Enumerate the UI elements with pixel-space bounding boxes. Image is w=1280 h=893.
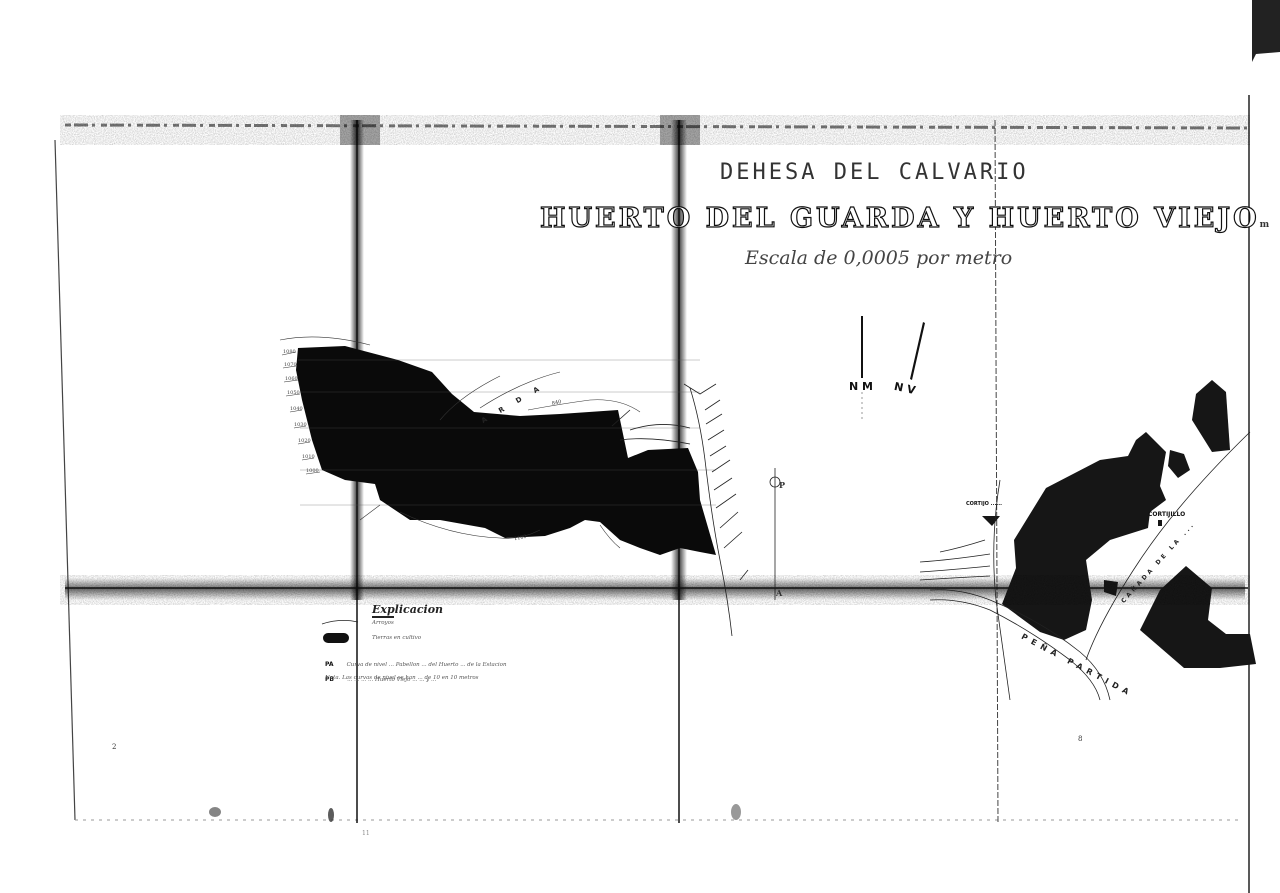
estate-title: DEHESA DEL CALVARIO	[720, 160, 1010, 185]
scale-text: Escala de 0,0005 por metro	[745, 247, 1012, 269]
page-edge-corner	[1249, 0, 1280, 893]
margin-specks	[209, 804, 741, 822]
margin-number-bottom: 11	[362, 830, 370, 837]
place-label-cortijo: CORTIJO ......	[966, 501, 1002, 507]
legend-title: Explicacion	[372, 603, 443, 616]
map-main-title: HUERTO DEL GUARDA Y HUERTO VIEJOm	[540, 203, 1180, 234]
margin-number-right: 8	[1078, 735, 1082, 743]
main-title-suffix: m	[1260, 220, 1270, 230]
compass-needles	[861, 316, 925, 420]
svg-text:1010: 1010	[302, 454, 315, 460]
main-title-text: HUERTO DEL GUARDA Y HUERTO VIEJO	[540, 203, 1260, 234]
legend-item-cultivated: Tierras en cultivo	[372, 635, 421, 641]
svg-text:1070: 1070	[284, 362, 297, 368]
cultivated-parcels-right	[982, 380, 1256, 668]
svg-text:1030: 1030	[294, 422, 307, 428]
svg-text:1050: 1050	[287, 390, 300, 396]
magnetic-north-label: N M	[849, 380, 873, 393]
svg-text:1060: 1060	[285, 376, 298, 382]
svg-text:1040: 1040	[290, 406, 303, 412]
svg-text:1000: 1000	[306, 468, 319, 474]
historic-survey-map: 108010701060 105010401030 102010101000	[0, 0, 1280, 893]
survey-point-p: P	[779, 480, 785, 490]
svg-text:1080: 1080	[283, 349, 296, 355]
legend-note: Nota. Las curvas de nivel se han ... de …	[325, 675, 478, 681]
survey-point-a: A	[776, 588, 782, 598]
svg-text:1020: 1020	[298, 438, 311, 444]
margin-number-left: 2	[112, 743, 116, 751]
place-label-cortijillo: CORTIJILLO	[1148, 511, 1185, 518]
legend-item-streams: Arroyos	[372, 620, 394, 626]
